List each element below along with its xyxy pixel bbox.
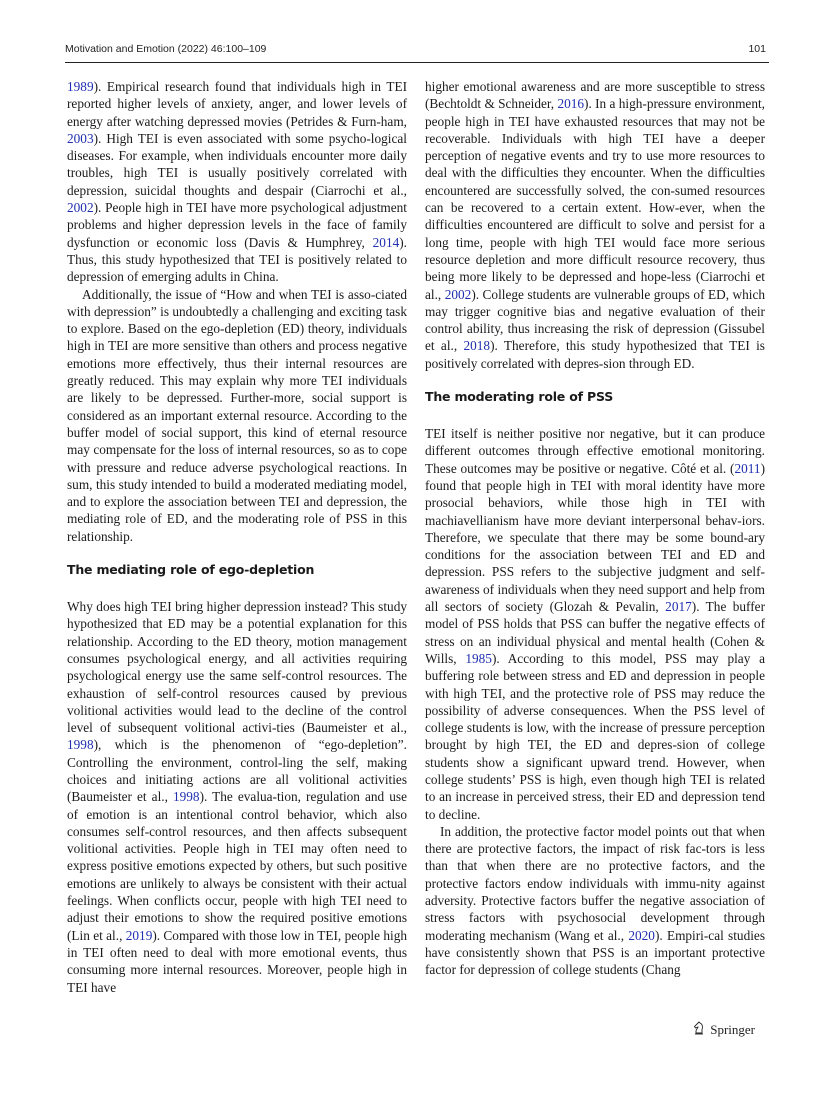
citation-link[interactable]: 1989 bbox=[67, 79, 94, 94]
paragraph: TEI itself is neither positive nor negat… bbox=[425, 425, 765, 823]
running-header: Motivation and Emotion (2022) 46:100–109… bbox=[65, 40, 769, 63]
citation-link[interactable]: 2002 bbox=[445, 287, 472, 302]
citation-link[interactable]: 2017 bbox=[665, 599, 692, 614]
journal-citation: Motivation and Emotion (2022) 46:100–109 bbox=[65, 43, 266, 55]
citation-link[interactable]: 1998 bbox=[67, 737, 94, 752]
paragraph: Why does high TEI bring higher depressio… bbox=[67, 598, 407, 996]
paragraph: Additionally, the issue of “How and when… bbox=[67, 286, 407, 545]
left-column: 1989). Empirical research found that ind… bbox=[67, 78, 407, 996]
section-heading-moderating-role: The moderating role of PSS bbox=[425, 389, 765, 405]
section-heading-mediating-role: The mediating role of ego-depletion bbox=[67, 562, 407, 578]
knight-chess-icon bbox=[692, 1021, 706, 1039]
publisher-logo: Springer bbox=[692, 1021, 755, 1039]
paragraph: higher emotional awareness and are more … bbox=[425, 78, 765, 372]
citation-link[interactable]: 2002 bbox=[67, 200, 94, 215]
page-number: 101 bbox=[748, 43, 766, 55]
citation-link[interactable]: 1985 bbox=[465, 651, 492, 666]
paragraph: In addition, the protective factor model… bbox=[425, 823, 765, 979]
citation-link[interactable]: 2020 bbox=[628, 928, 655, 943]
citation-link[interactable]: 2014 bbox=[373, 235, 400, 250]
publisher-name: Springer bbox=[710, 1022, 755, 1038]
citation-link[interactable]: 1998 bbox=[173, 789, 200, 804]
citation-link[interactable]: 2016 bbox=[557, 96, 584, 111]
citation-link[interactable]: 2011 bbox=[734, 461, 760, 476]
citation-link[interactable]: 2018 bbox=[463, 338, 490, 353]
citation-link[interactable]: 2019 bbox=[126, 928, 153, 943]
paragraph: 1989). Empirical research found that ind… bbox=[67, 78, 407, 286]
right-column: higher emotional awareness and are more … bbox=[425, 78, 765, 979]
citation-link[interactable]: 2003 bbox=[67, 131, 94, 146]
